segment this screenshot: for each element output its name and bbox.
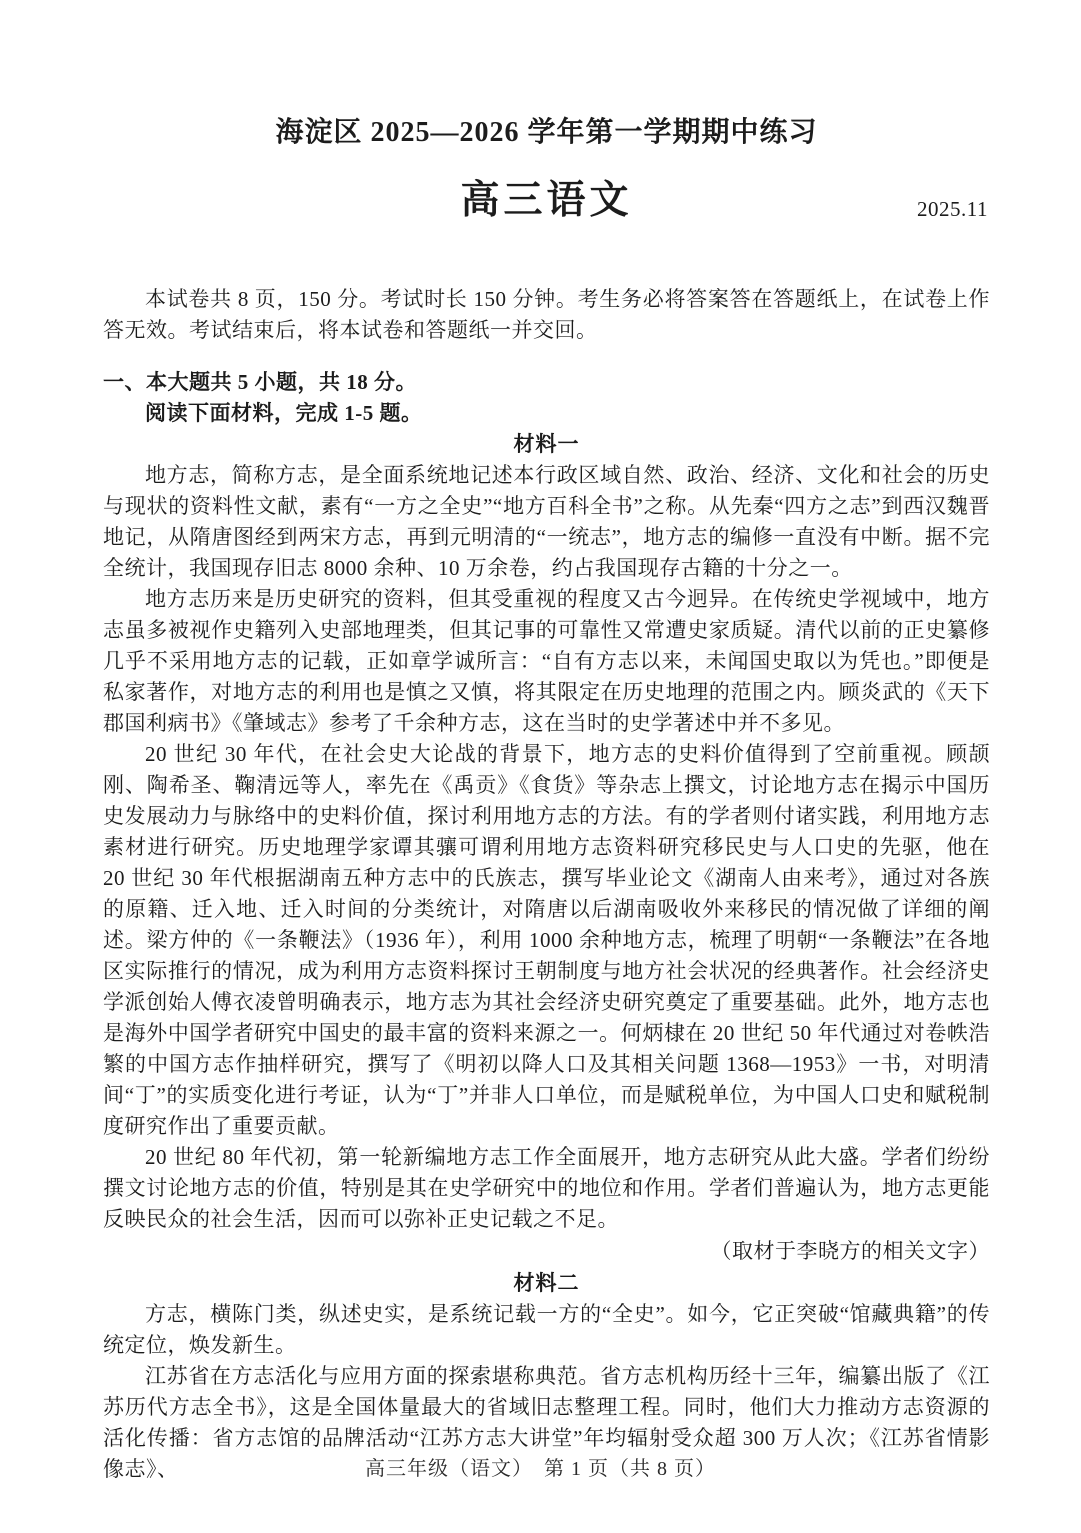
exam-paper-page: 海淀区 2025—2026 学年第一学期期中练习 高三语文 2025.11 本试… bbox=[0, 0, 1081, 1533]
material-one-heading: 材料一 bbox=[103, 429, 990, 460]
material-two-paragraph-1: 方志，横陈门类，纵述史实，是系统记载一方的“全史”。如今，它正突破“馆藏典籍”的… bbox=[103, 1299, 990, 1361]
section-one-heading: 一、本大题共 5 小题，共 18 分。 bbox=[103, 367, 990, 398]
page-footer: 高三年级（语文） 第 1 页（共 8 页） bbox=[0, 1452, 1081, 1481]
material-one-paragraph-3: 20 世纪 30 年代，在社会史大论战的背景下，地方志的史料价值得到了空前重视。… bbox=[103, 739, 990, 1142]
material-two-heading: 材料二 bbox=[103, 1268, 990, 1299]
material-one-paragraph-4: 20 世纪 80 年代初，第一轮新编地方志工作全面展开，地方志研究从此大盛。学者… bbox=[103, 1142, 990, 1235]
exam-date: 2025.11 bbox=[917, 197, 988, 222]
reading-instruction: 阅读下面材料，完成 1-5 题。 bbox=[103, 398, 990, 429]
page-content: 海淀区 2025—2026 学年第一学期期中练习 高三语文 2025.11 本试… bbox=[103, 116, 990, 1485]
exam-notice: 本试卷共 8 页，150 分。考试时长 150 分钟。考生务必将答案答在答题纸上… bbox=[103, 284, 990, 346]
page-title: 高三语文 bbox=[103, 176, 990, 226]
material-one-paragraph-2: 地方志历来是历史研究的资料，但其受重视的程度又古今迥异。在传统史学视域中，地方志… bbox=[103, 584, 990, 739]
exam-session-title: 海淀区 2025—2026 学年第一学期期中练习 bbox=[103, 116, 990, 150]
source-attribution: （取材于李晓方的相关文字） bbox=[103, 1235, 990, 1268]
material-one-paragraph-1: 地方志，简称方志，是全面系统地记述本行政区域自然、政治、经济、文化和社会的历史与… bbox=[103, 460, 990, 584]
title-row: 高三语文 2025.11 bbox=[103, 176, 990, 226]
